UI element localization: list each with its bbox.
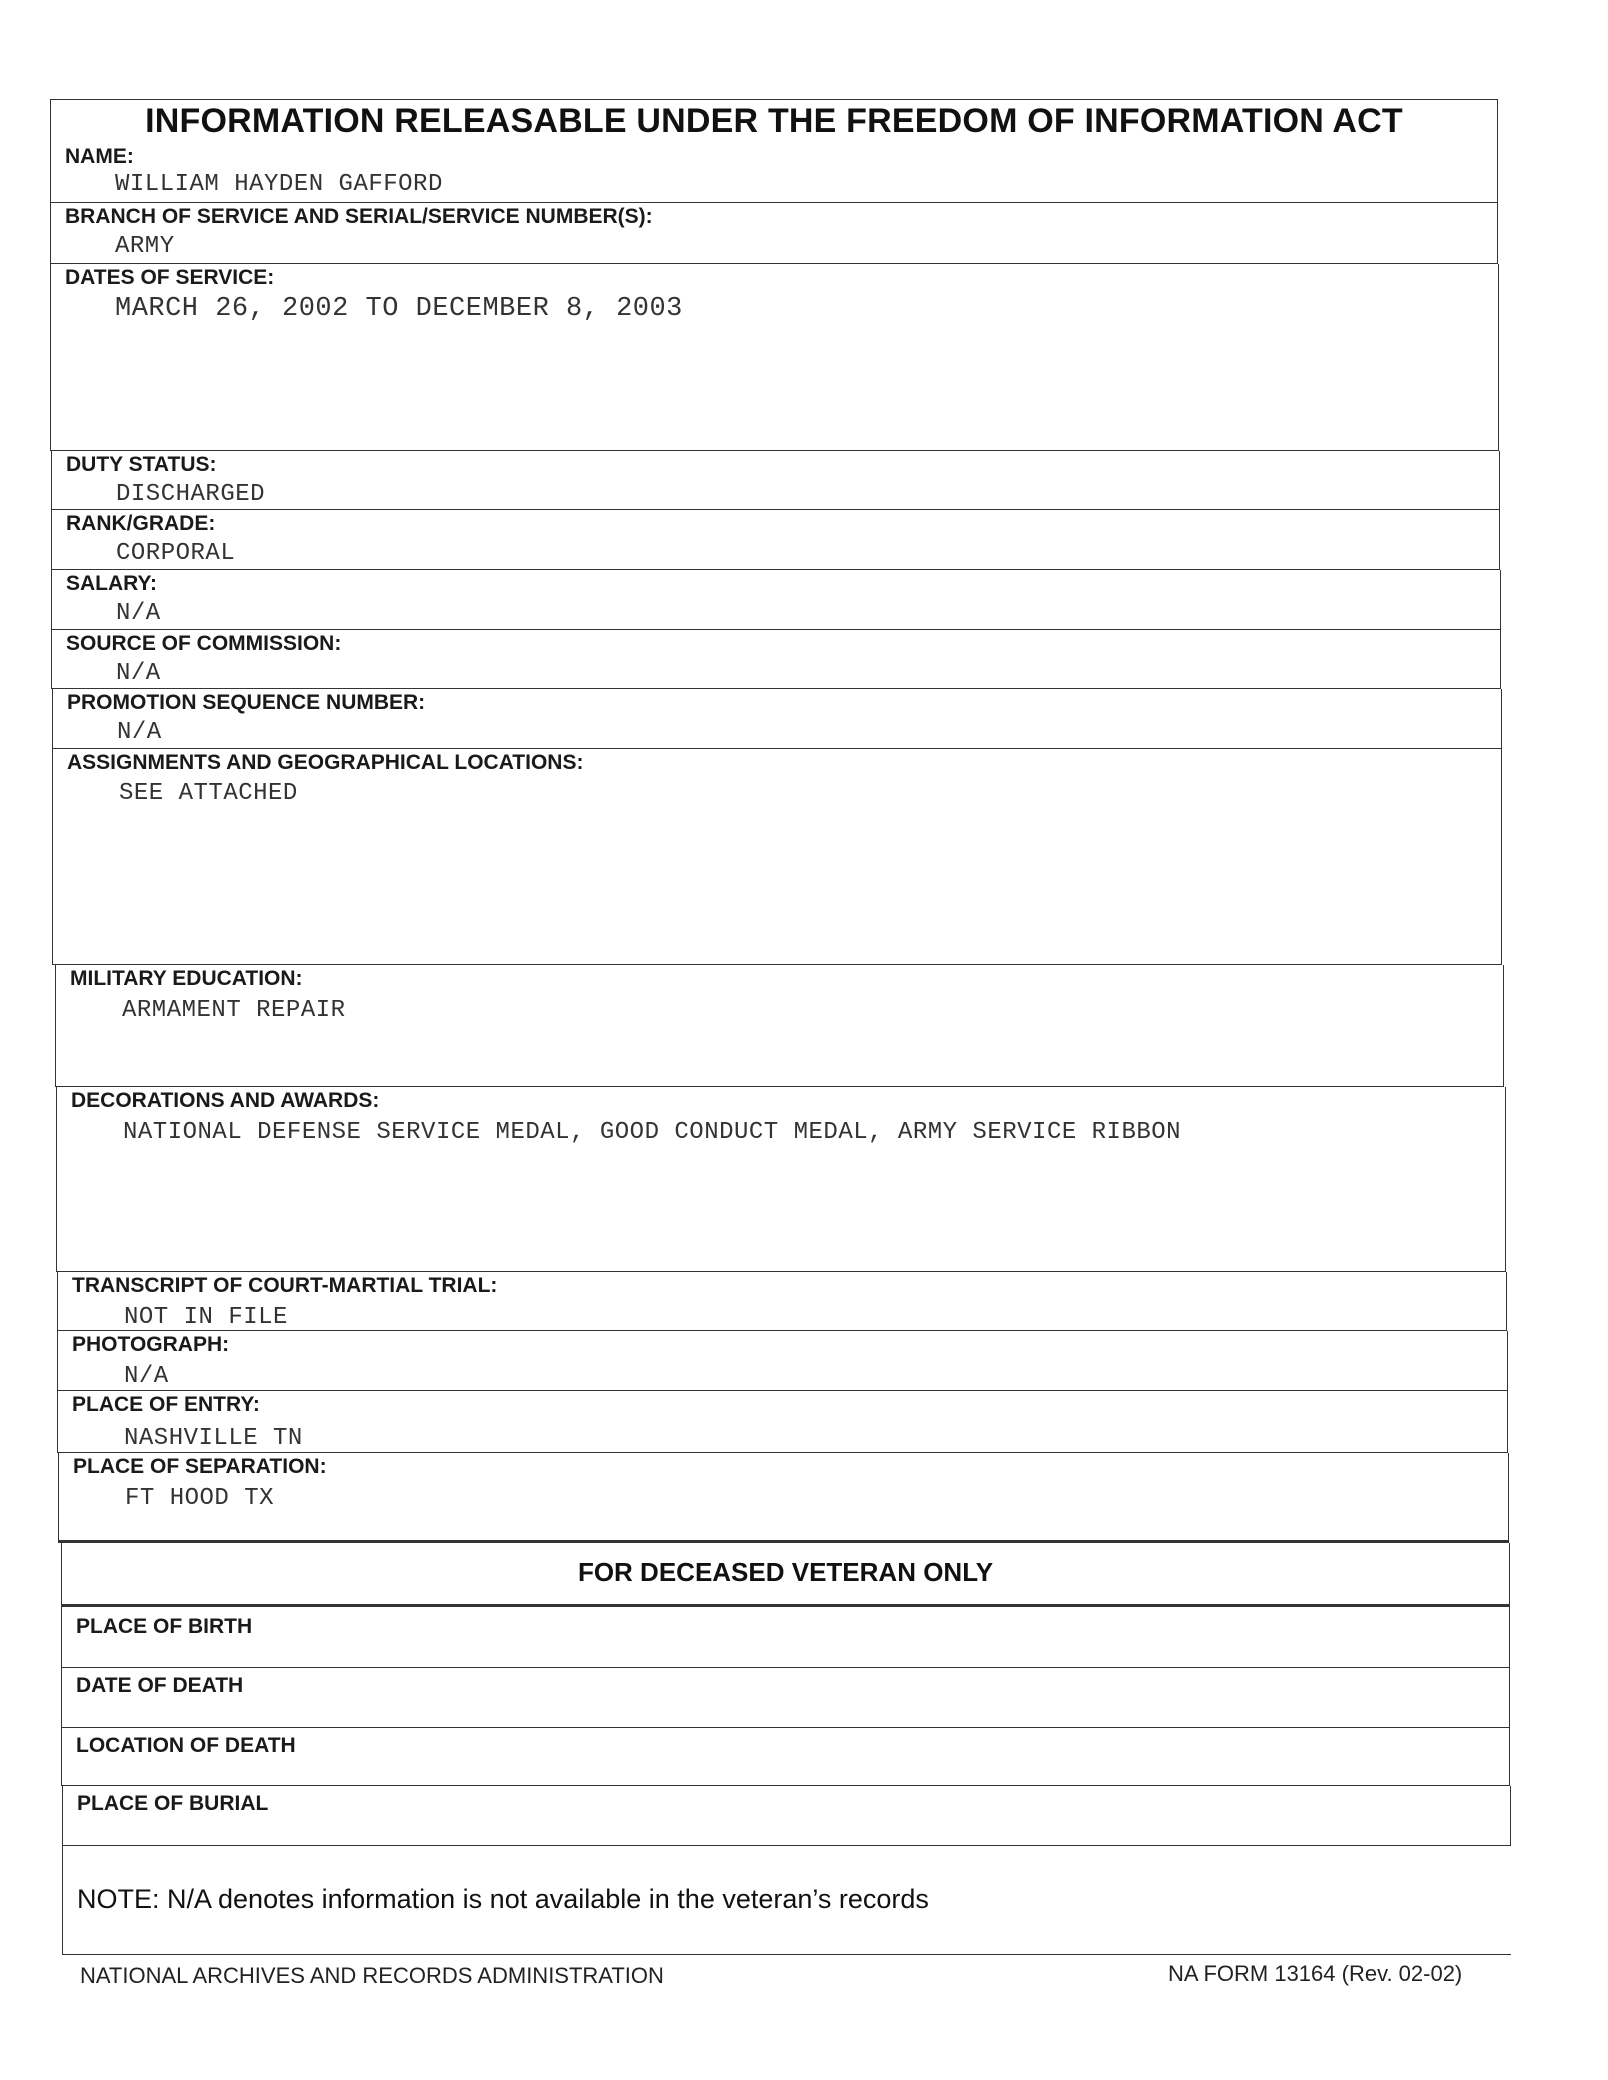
field-court-martial-transcript: TRANSCRIPT OF COURT-MARTIAL TRIAL: NOT I…	[57, 1272, 1507, 1331]
note-box: NOTE: N/A denotes information is not ava…	[62, 1846, 1511, 1955]
field-label: DATES OF SERVICE:	[65, 266, 274, 290]
field-dates-of-service: DATES OF SERVICE: MARCH 26, 2002 TO DECE…	[50, 264, 1499, 451]
deceased-section-header: FOR DECEASED VETERAN ONLY	[61, 1543, 1510, 1607]
field-value: N/A	[124, 1363, 169, 1390]
field-promotion-sequence: PROMOTION SEQUENCE NUMBER: N/A	[52, 689, 1502, 749]
footer-agency: NATIONAL ARCHIVES AND RECORDS ADMINISTRA…	[80, 1963, 664, 1989]
field-label: SALARY:	[66, 572, 157, 596]
field-place-of-entry: PLACE OF ENTRY: NASHVILLE TN	[57, 1391, 1508, 1453]
field-label: DATE OF DEATH	[76, 1674, 243, 1698]
field-duty-status: DUTY STATUS: DISCHARGED	[51, 451, 1500, 510]
deceased-heading: FOR DECEASED VETERAN ONLY	[62, 1557, 1509, 1588]
footer-form-number: NA FORM 13164 (Rev. 02-02)	[1168, 1961, 1462, 1987]
field-salary: SALARY: N/A	[51, 570, 1501, 630]
field-value: MARCH 26, 2002 TO DECEMBER 8, 2003	[115, 294, 683, 324]
field-name: NAME: WILLIAM HAYDEN GAFFORD	[50, 143, 1498, 203]
field-source-of-commission: SOURCE OF COMMISSION: N/A	[51, 630, 1501, 689]
field-label: PHOTOGRAPH:	[72, 1333, 229, 1357]
field-value: N/A	[117, 719, 162, 746]
field-label: DECORATIONS AND AWARDS:	[71, 1089, 379, 1113]
field-military-education: MILITARY EDUCATION: ARMAMENT REPAIR	[55, 965, 1504, 1087]
field-photograph: PHOTOGRAPH: N/A	[57, 1331, 1508, 1391]
field-rank-grade: RANK/GRADE: CORPORAL	[51, 510, 1500, 570]
field-value: ARMY	[115, 233, 175, 260]
field-label: PLACE OF SEPARATION:	[73, 1455, 327, 1479]
field-place-of-birth: PLACE OF BIRTH	[61, 1607, 1510, 1668]
field-label: PLACE OF BIRTH	[76, 1615, 252, 1639]
field-value: FT HOOD TX	[125, 1485, 274, 1512]
field-value: N/A	[116, 660, 161, 687]
field-value: DISCHARGED	[116, 481, 265, 508]
field-date-of-death: DATE OF DEATH	[61, 1668, 1510, 1728]
field-value: ARMAMENT REPAIR	[122, 997, 346, 1024]
field-value: SEE ATTACHED	[119, 780, 298, 807]
field-decorations-awards: DECORATIONS AND AWARDS: NATIONAL DEFENSE…	[56, 1087, 1506, 1272]
note-text: NOTE: N/A denotes information is not ava…	[77, 1884, 929, 1915]
field-label: BRANCH OF SERVICE AND SERIAL/SERVICE NUM…	[65, 205, 653, 229]
form-title: INFORMATION RELEASABLE UNDER THE FREEDOM…	[50, 99, 1498, 144]
field-value: CORPORAL	[116, 540, 235, 567]
field-location-of-death: LOCATION OF DEATH	[61, 1728, 1510, 1786]
field-value: N/A	[116, 600, 161, 627]
field-place-of-burial: PLACE OF BURIAL	[62, 1786, 1511, 1846]
foia-form: INFORMATION RELEASABLE UNDER THE FREEDOM…	[0, 0, 1608, 2080]
field-label: TRANSCRIPT OF COURT-MARTIAL TRIAL:	[72, 1274, 497, 1298]
field-branch: BRANCH OF SERVICE AND SERIAL/SERVICE NUM…	[50, 203, 1498, 264]
field-place-of-separation: PLACE OF SEPARATION: FT HOOD TX	[58, 1453, 1509, 1543]
field-label: PROMOTION SEQUENCE NUMBER:	[67, 691, 425, 715]
field-label: RANK/GRADE:	[66, 512, 215, 536]
field-value: NASHVILLE TN	[124, 1425, 303, 1452]
field-label: DUTY STATUS:	[66, 453, 217, 477]
field-label: PLACE OF ENTRY:	[72, 1393, 260, 1417]
field-label: PLACE OF BURIAL	[77, 1792, 268, 1816]
field-label: NAME:	[65, 145, 134, 169]
field-label: LOCATION OF DEATH	[76, 1734, 296, 1758]
field-value: NATIONAL DEFENSE SERVICE MEDAL, GOOD CON…	[123, 1119, 1181, 1146]
field-label: MILITARY EDUCATION:	[70, 967, 303, 991]
field-assignments: ASSIGNMENTS AND GEOGRAPHICAL LOCATIONS: …	[52, 749, 1502, 965]
field-value: WILLIAM HAYDEN GAFFORD	[115, 171, 443, 198]
field-label: ASSIGNMENTS AND GEOGRAPHICAL LOCATIONS:	[67, 751, 583, 775]
field-value: NOT IN FILE	[124, 1304, 288, 1331]
field-label: SOURCE OF COMMISSION:	[66, 632, 341, 656]
